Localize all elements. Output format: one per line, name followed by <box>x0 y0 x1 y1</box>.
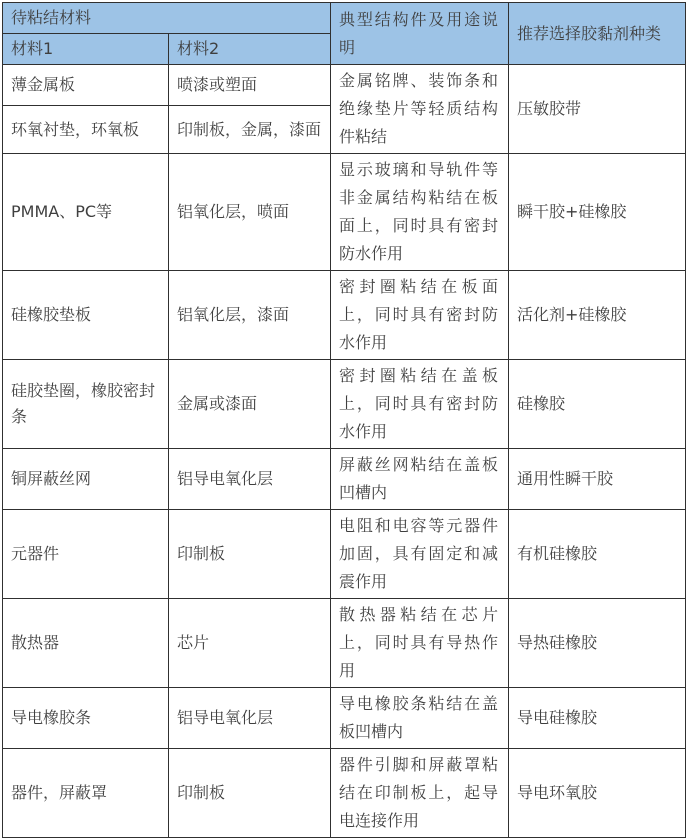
cell-material2: 印制板 <box>169 749 331 838</box>
cell-material1: 导电橡胶条 <box>3 688 169 749</box>
header-adhesive: 推荐选择胶黏剂种类 <box>509 3 686 65</box>
table-header: 待粘结材料 典型结构件及用途说明 推荐选择胶黏剂种类 材料1 材料2 <box>3 3 686 65</box>
header-row-1: 待粘结材料 典型结构件及用途说明 推荐选择胶黏剂种类 <box>3 3 686 34</box>
table-row: 硅橡胶垫板 铝氧化层，漆面 密封圈粘结在板面上，同时具有密封防水作用 活化剂+硅… <box>3 271 686 360</box>
cell-adhesive: 压敏胶带 <box>509 65 686 154</box>
table-row: PMMA、PC等 铝氧化层，喷面 显示玻璃和导轨件等非金属结构粘结在板面上，同时… <box>3 154 686 271</box>
cell-material2: 印制板 <box>169 510 331 599</box>
cell-material2: 印制板，金属，漆面 <box>169 106 331 154</box>
cell-material1: 元器件 <box>3 510 169 599</box>
cell-usage: 显示玻璃和导轨件等非金属结构粘结在板面上，同时具有密封防水作用 <box>331 154 509 271</box>
cell-material1: 环氧衬垫，环氧板 <box>3 106 169 154</box>
cell-adhesive: 活化剂+硅橡胶 <box>509 271 686 360</box>
cell-usage: 散热器粘结在芯片上，同时具有导热作用 <box>331 599 509 688</box>
header-material1: 材料1 <box>3 34 169 65</box>
cell-material2: 铝导电氧化层 <box>169 688 331 749</box>
cell-material1: 硅橡胶垫板 <box>3 271 169 360</box>
cell-usage: 屏蔽丝网粘结在盖板凹槽内 <box>331 449 509 510</box>
cell-material1: 铜屏蔽丝网 <box>3 449 169 510</box>
cell-usage: 电阻和电容等元器件加固，具有固定和减震作用 <box>331 510 509 599</box>
cell-usage: 密封圈粘结在板面上，同时具有密封防水作用 <box>331 271 509 360</box>
table-row: 硅胶垫圈，橡胶密封条 金属或漆面 密封圈粘结在盖板上，同时具有密封防水作用 硅橡… <box>3 360 686 449</box>
header-usage: 典型结构件及用途说明 <box>331 3 509 65</box>
cell-adhesive: 导电硅橡胶 <box>509 688 686 749</box>
cell-material2: 芯片 <box>169 599 331 688</box>
cell-usage: 器件引脚和屏蔽罩粘结在印制板上，起导电连接作用 <box>331 749 509 838</box>
table-body: 薄金属板 喷漆或塑面 金属铭牌、装饰条和绝缘垫片等轻质结构件粘结 压敏胶带 环氧… <box>3 65 686 838</box>
header-bonding-materials: 待粘结材料 <box>3 3 331 34</box>
header-material2: 材料2 <box>169 34 331 65</box>
document-page: 待粘结材料 典型结构件及用途说明 推荐选择胶黏剂种类 材料1 材料2 薄金属板 … <box>0 0 687 776</box>
cell-material1: PMMA、PC等 <box>3 154 169 271</box>
cell-adhesive: 导热硅橡胶 <box>509 599 686 688</box>
cell-adhesive: 有机硅橡胶 <box>509 510 686 599</box>
cell-material1: 薄金属板 <box>3 65 169 106</box>
table-row: 元器件 印制板 电阻和电容等元器件加固，具有固定和减震作用 有机硅橡胶 <box>3 510 686 599</box>
table-row: 器件，屏蔽罩 印制板 器件引脚和屏蔽罩粘结在印制板上，起导电连接作用 导电环氧胶 <box>3 749 686 838</box>
cell-usage: 密封圈粘结在盖板上，同时具有密封防水作用 <box>331 360 509 449</box>
table-row: 铜屏蔽丝网 铝导电氧化层 屏蔽丝网粘结在盖板凹槽内 通用性瞬干胶 <box>3 449 686 510</box>
cell-material2: 铝氧化层，漆面 <box>169 271 331 360</box>
cell-material2: 铝氧化层，喷面 <box>169 154 331 271</box>
cell-material1: 硅胶垫圈，橡胶密封条 <box>3 360 169 449</box>
cell-adhesive: 导电环氧胶 <box>509 749 686 838</box>
cell-material1: 散热器 <box>3 599 169 688</box>
table-row: 导电橡胶条 铝导电氧化层 导电橡胶条粘结在盖板凹槽内 导电硅橡胶 <box>3 688 686 749</box>
table-row: 散热器 芯片 散热器粘结在芯片上，同时具有导热作用 导热硅橡胶 <box>3 599 686 688</box>
cell-adhesive: 瞬干胶+硅橡胶 <box>509 154 686 271</box>
cell-usage: 导电橡胶条粘结在盖板凹槽内 <box>331 688 509 749</box>
cell-material2: 铝导电氧化层 <box>169 449 331 510</box>
cell-material2: 金属或漆面 <box>169 360 331 449</box>
cell-adhesive: 通用性瞬干胶 <box>509 449 686 510</box>
table-row: 薄金属板 喷漆或塑面 金属铭牌、装饰条和绝缘垫片等轻质结构件粘结 压敏胶带 <box>3 65 686 106</box>
cell-adhesive: 硅橡胶 <box>509 360 686 449</box>
cell-material1: 器件，屏蔽罩 <box>3 749 169 838</box>
adhesive-selection-table: 待粘结材料 典型结构件及用途说明 推荐选择胶黏剂种类 材料1 材料2 薄金属板 … <box>2 2 686 838</box>
cell-material2: 喷漆或塑面 <box>169 65 331 106</box>
cell-usage: 金属铭牌、装饰条和绝缘垫片等轻质结构件粘结 <box>331 65 509 154</box>
